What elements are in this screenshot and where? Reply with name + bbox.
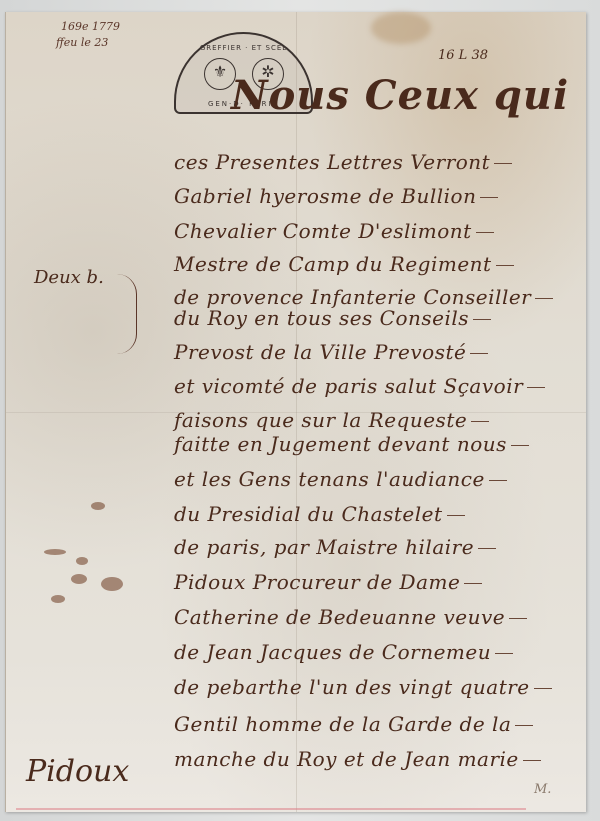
- text-line-3: Chevalier Comte D'eslimont: [174, 219, 494, 243]
- bottom-mark: M.: [534, 782, 551, 797]
- text-line-8: et vicomté de paris salut Sçavoir: [174, 374, 545, 398]
- water-stain: [371, 12, 431, 44]
- margin-note: Deux b.: [34, 267, 104, 288]
- text-line-19: manche du Roy et de Jean marie: [174, 747, 541, 771]
- ink-blot: [44, 549, 66, 555]
- ink-blot: [101, 577, 123, 591]
- text-line-18: Gentil homme de la Garde de la: [174, 712, 533, 736]
- signature: Pidoux: [26, 754, 129, 789]
- text-line-6: du Roy en tous ses Conseils: [174, 306, 491, 330]
- text-line-1: ces Presentes Lettres Verront: [174, 150, 512, 174]
- ink-blot: [51, 595, 65, 603]
- ink-blot: [71, 574, 87, 584]
- stamp-arc-text: GREFFIER · ET SCEL: [176, 44, 311, 52]
- text-line-9: faisons que sur la Requeste: [174, 408, 489, 432]
- ink-blot: [76, 557, 88, 565]
- text-line-7: Prevost de la Ville Prevosté: [174, 340, 488, 364]
- margin-flourish: [116, 274, 137, 354]
- reference-number-line-2: ffeu le 23: [56, 36, 108, 49]
- reference-number-line-1: 169e 1779: [61, 20, 120, 33]
- text-line-4: Mestre de Camp du Regiment: [174, 252, 514, 276]
- text-line-10: faitte en Jugement devant nous: [174, 432, 529, 456]
- document-heading: Nous Ceux qui: [231, 72, 569, 119]
- text-line-15: Catherine de Bedeuanne veuve: [174, 605, 527, 629]
- text-line-16: de Jean Jacques de Cornemeu: [174, 640, 513, 664]
- text-line-14: Pidoux Procureur de Dame: [174, 570, 482, 594]
- text-line-12: du Presidial du Chastelet: [174, 502, 465, 526]
- text-line-17: de pebarthe l'un des vingt quatre: [174, 675, 552, 699]
- text-line-11: et les Gens tenans l'audiance: [174, 467, 507, 491]
- text-line-13: de paris, par Maistre hilaire: [174, 535, 496, 559]
- manuscript-page: 169e 1779 ffeu le 23 GREFFIER · ET SCEL …: [5, 12, 586, 812]
- ink-blot: [91, 502, 105, 510]
- folio-number: 16 L 38: [438, 48, 488, 63]
- text-line-2: Gabriel hyerosme de Bullion: [174, 184, 498, 208]
- red-edge-mark: [16, 808, 526, 810]
